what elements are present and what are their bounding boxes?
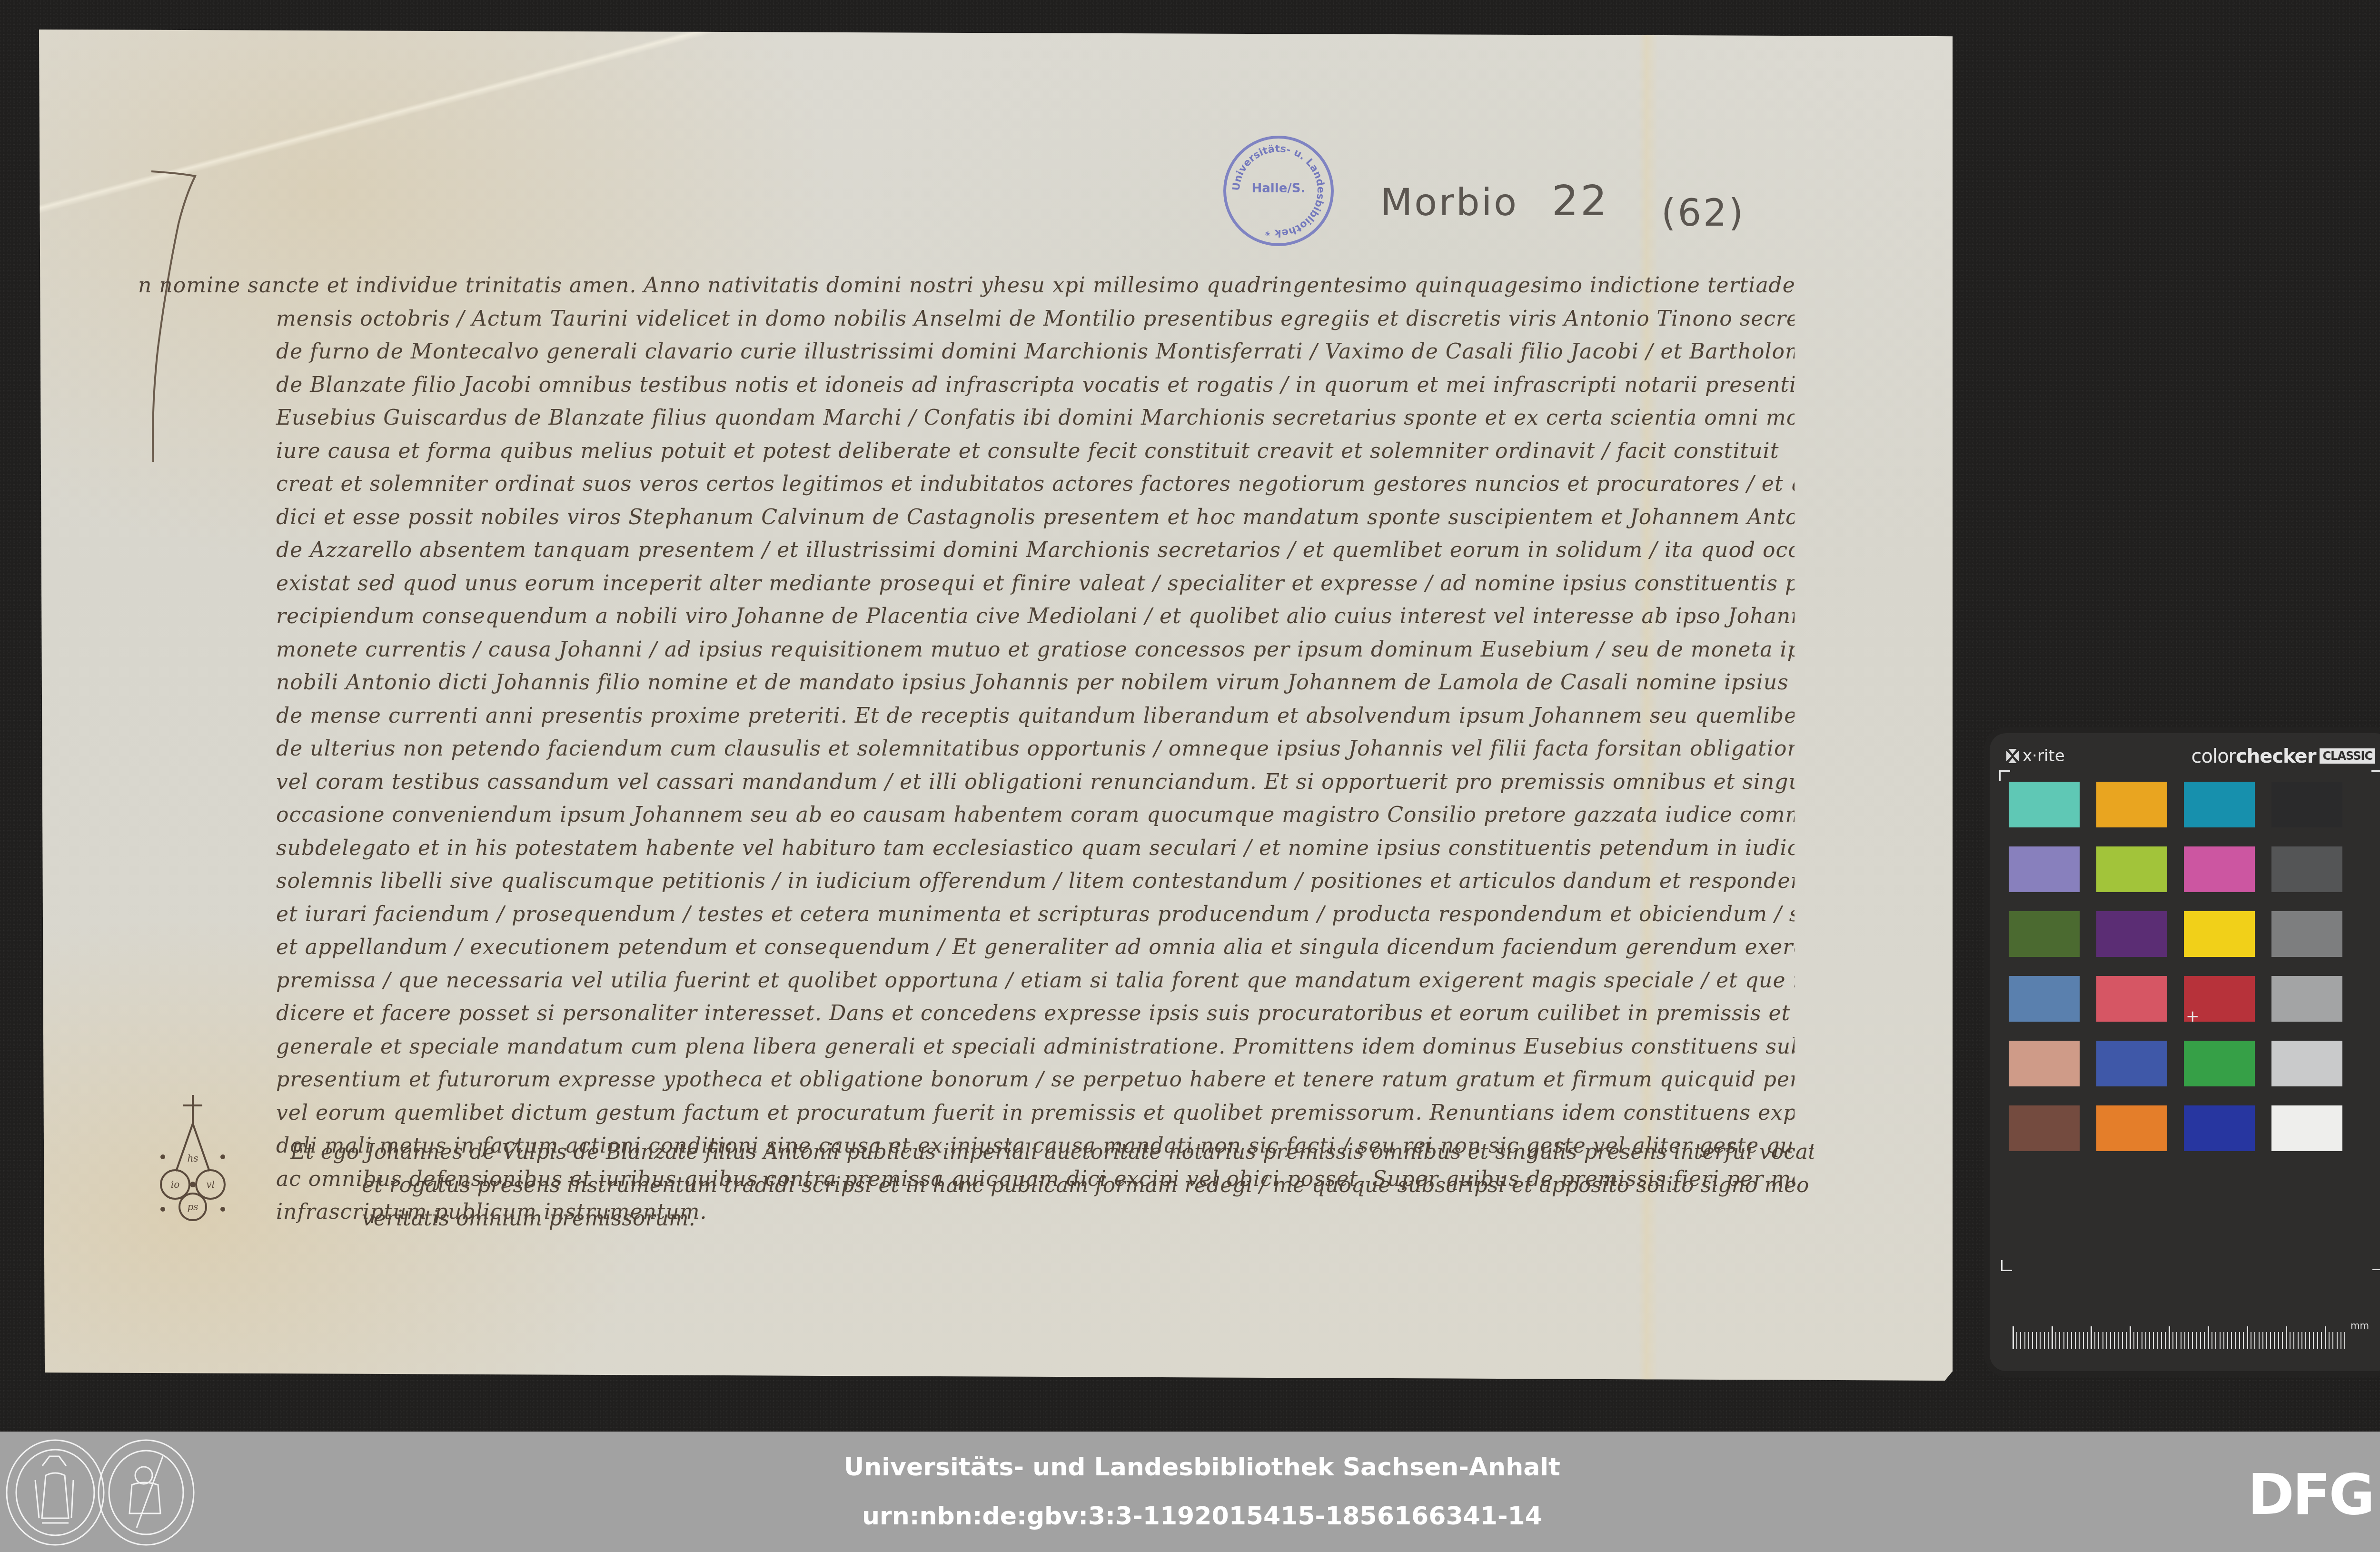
swatch-bluish-green	[2009, 782, 2080, 827]
notary-signum-icon: hs io vl ps	[157, 1090, 228, 1233]
svg-text:hs: hs	[187, 1153, 198, 1164]
swatch-light-skin	[2009, 1041, 2080, 1086]
classic-badge: CLASSIC	[2320, 748, 2375, 764]
svg-text:io: io	[171, 1179, 179, 1190]
crosshair-icon: +	[2186, 1008, 2200, 1025]
swatch-neutral-8	[2271, 1041, 2342, 1086]
swatch-blue-sky	[2009, 976, 2080, 1022]
text-line: occasione conveniendum ipsum Johannem se…	[138, 798, 1795, 832]
text-line: mensis octobris / Actum Taurini videlice…	[138, 302, 1795, 336]
text-line: et appellandum / executionem petendum et…	[138, 931, 1795, 964]
text-line: dici et esse possit nobiles viros Stepha…	[138, 501, 1795, 534]
text-line: de furno de Montecalvo generali clavario…	[138, 335, 1795, 368]
ruler-unit-label: mm	[2350, 1320, 2369, 1331]
colorchecker-bold-text: checker	[2236, 746, 2316, 767]
text-line: existat sed quod unus eorum inceperit al…	[138, 567, 1795, 600]
swatch-blue	[2096, 1041, 2167, 1086]
dfg-logo: DFG	[2248, 1466, 2373, 1522]
swatch-white	[2271, 1105, 2342, 1151]
svg-text:vl: vl	[206, 1179, 215, 1190]
swatch-orange	[2096, 1105, 2167, 1151]
subscription-line: Et ego Johannes de Vulpis de Blanzate fi…	[290, 1135, 1814, 1169]
crop-corner-icon	[2371, 770, 2380, 781]
document-body-text: n nomine sancte et individue trinitatis …	[138, 269, 1795, 1229]
crop-corner-icon	[2372, 1259, 2380, 1270]
color-checker-card: x·rite colorcheckerCLASSIC +	[1990, 733, 2380, 1371]
swatch-orange-yellow	[2096, 782, 2167, 827]
text-line: generale et speciale mandatum cum plena …	[138, 1030, 1795, 1064]
text-line: iure causa et forma quibus melius potuit…	[138, 435, 1795, 468]
text-line: dicere et facere posset si personaliter …	[138, 997, 1795, 1030]
shelfmark: Morbio22(62)	[1380, 176, 1745, 225]
swatch-cyan	[2184, 782, 2255, 827]
footer-banner: Universitäts- und Landesbibliothek Sachs…	[0, 1432, 2380, 1552]
crop-corner-icon	[2001, 1260, 2012, 1271]
swatch-dark-skin	[2009, 1105, 2080, 1151]
text-line: subdelegato et in his potestatem habente…	[138, 832, 1795, 865]
swatch-blue-flower	[2009, 846, 2080, 892]
mm-ruler-major-ticks	[2013, 1326, 2346, 1349]
swatch-purple	[2096, 911, 2167, 957]
swatch-yellow	[2184, 911, 2255, 957]
notary-subscription: Et ego Johannes de Vulpis de Blanzate fi…	[290, 1135, 1814, 1235]
text-line: solemnis libelli sive qualiscumque petit…	[138, 865, 1795, 898]
xrite-logo-icon	[2006, 749, 2019, 763]
color-checker-header: x·rite colorcheckerCLASSIC	[2006, 744, 2375, 772]
svg-text:ps: ps	[187, 1201, 198, 1213]
shelfmark-collection: Morbio	[1380, 181, 1518, 224]
text-line: nobili Antonio dicti Johannis filio nomi…	[138, 666, 1795, 699]
institution-name: Universitäts- und Landesbibliothek Sachs…	[0, 1453, 2380, 1482]
text-line: recipiendum consequendum a nobili viro J…	[138, 600, 1795, 633]
subscription-line: veritatis omnium premissorum.	[290, 1202, 1814, 1235]
text-line: presentium et futurorum expresse ypothec…	[138, 1063, 1795, 1096]
stamp-center-text: Halle/S.	[1226, 181, 1331, 196]
text-line: n nomine sancte et individue trinitatis …	[138, 269, 1795, 302]
swatch-moderate-red	[2096, 976, 2167, 1022]
text-line: de Azzarello absentem tanquam presentem …	[138, 534, 1795, 567]
text-line: vel coram testibus cassandum vel cassari…	[138, 766, 1795, 799]
text-line: monete currentis / causa Johanni / ad ip…	[138, 633, 1795, 667]
colorchecker-thin-text: color	[2192, 746, 2236, 767]
colorchecker-logo: colorcheckerCLASSIC	[2192, 746, 2375, 767]
swatch-neutral-3-5	[2271, 846, 2342, 892]
xrite-brand-text: x·rite	[2023, 746, 2065, 766]
urn-identifier[interactable]: urn:nbn:de:gbv:3:3-1192015415-1856166341…	[0, 1502, 2380, 1531]
swatch-neutral-6-5	[2271, 976, 2342, 1022]
text-line: de Blanzate filio Jacobi omnibus testibu…	[138, 368, 1795, 402]
swatch-magenta	[2184, 846, 2255, 892]
crop-corner-icon	[1999, 770, 2010, 781]
text-line: creat et solemniter ordinat suos veros c…	[138, 468, 1795, 501]
color-swatch-grid	[2009, 782, 2370, 1151]
swatch-yellow-green	[2096, 846, 2167, 892]
shelfmark-old-number: (62)	[1661, 192, 1745, 235]
swatch-black	[2271, 782, 2342, 827]
text-line: Eusebius Guiscardus de Blanzate filius q…	[138, 401, 1795, 435]
text-line: vel eorum quemlibet dictum gestum factum…	[138, 1096, 1795, 1130]
swatch-neutral-5	[2271, 911, 2342, 957]
swatch-green	[2184, 1041, 2255, 1086]
text-line: premissa / que necessaria vel utilia fue…	[138, 964, 1795, 997]
text-line: de ulterius non petendo faciendum cum cl…	[138, 732, 1795, 766]
library-stamp: Universitäts- u. Landesbibliothek * Hall…	[1223, 136, 1334, 246]
text-line: de mense currenti anni presentis proxime…	[138, 699, 1795, 733]
text-line: et iurari faciendum / prosequendum / tes…	[138, 898, 1795, 931]
shelfmark-number: 22	[1552, 176, 1609, 225]
swatch-foliage	[2009, 911, 2080, 957]
swatch-blue-primary	[2184, 1105, 2255, 1151]
xrite-logo: x·rite	[2006, 746, 2065, 766]
subscription-line: et rogatus presens instrumentum tradidi …	[290, 1169, 1814, 1202]
